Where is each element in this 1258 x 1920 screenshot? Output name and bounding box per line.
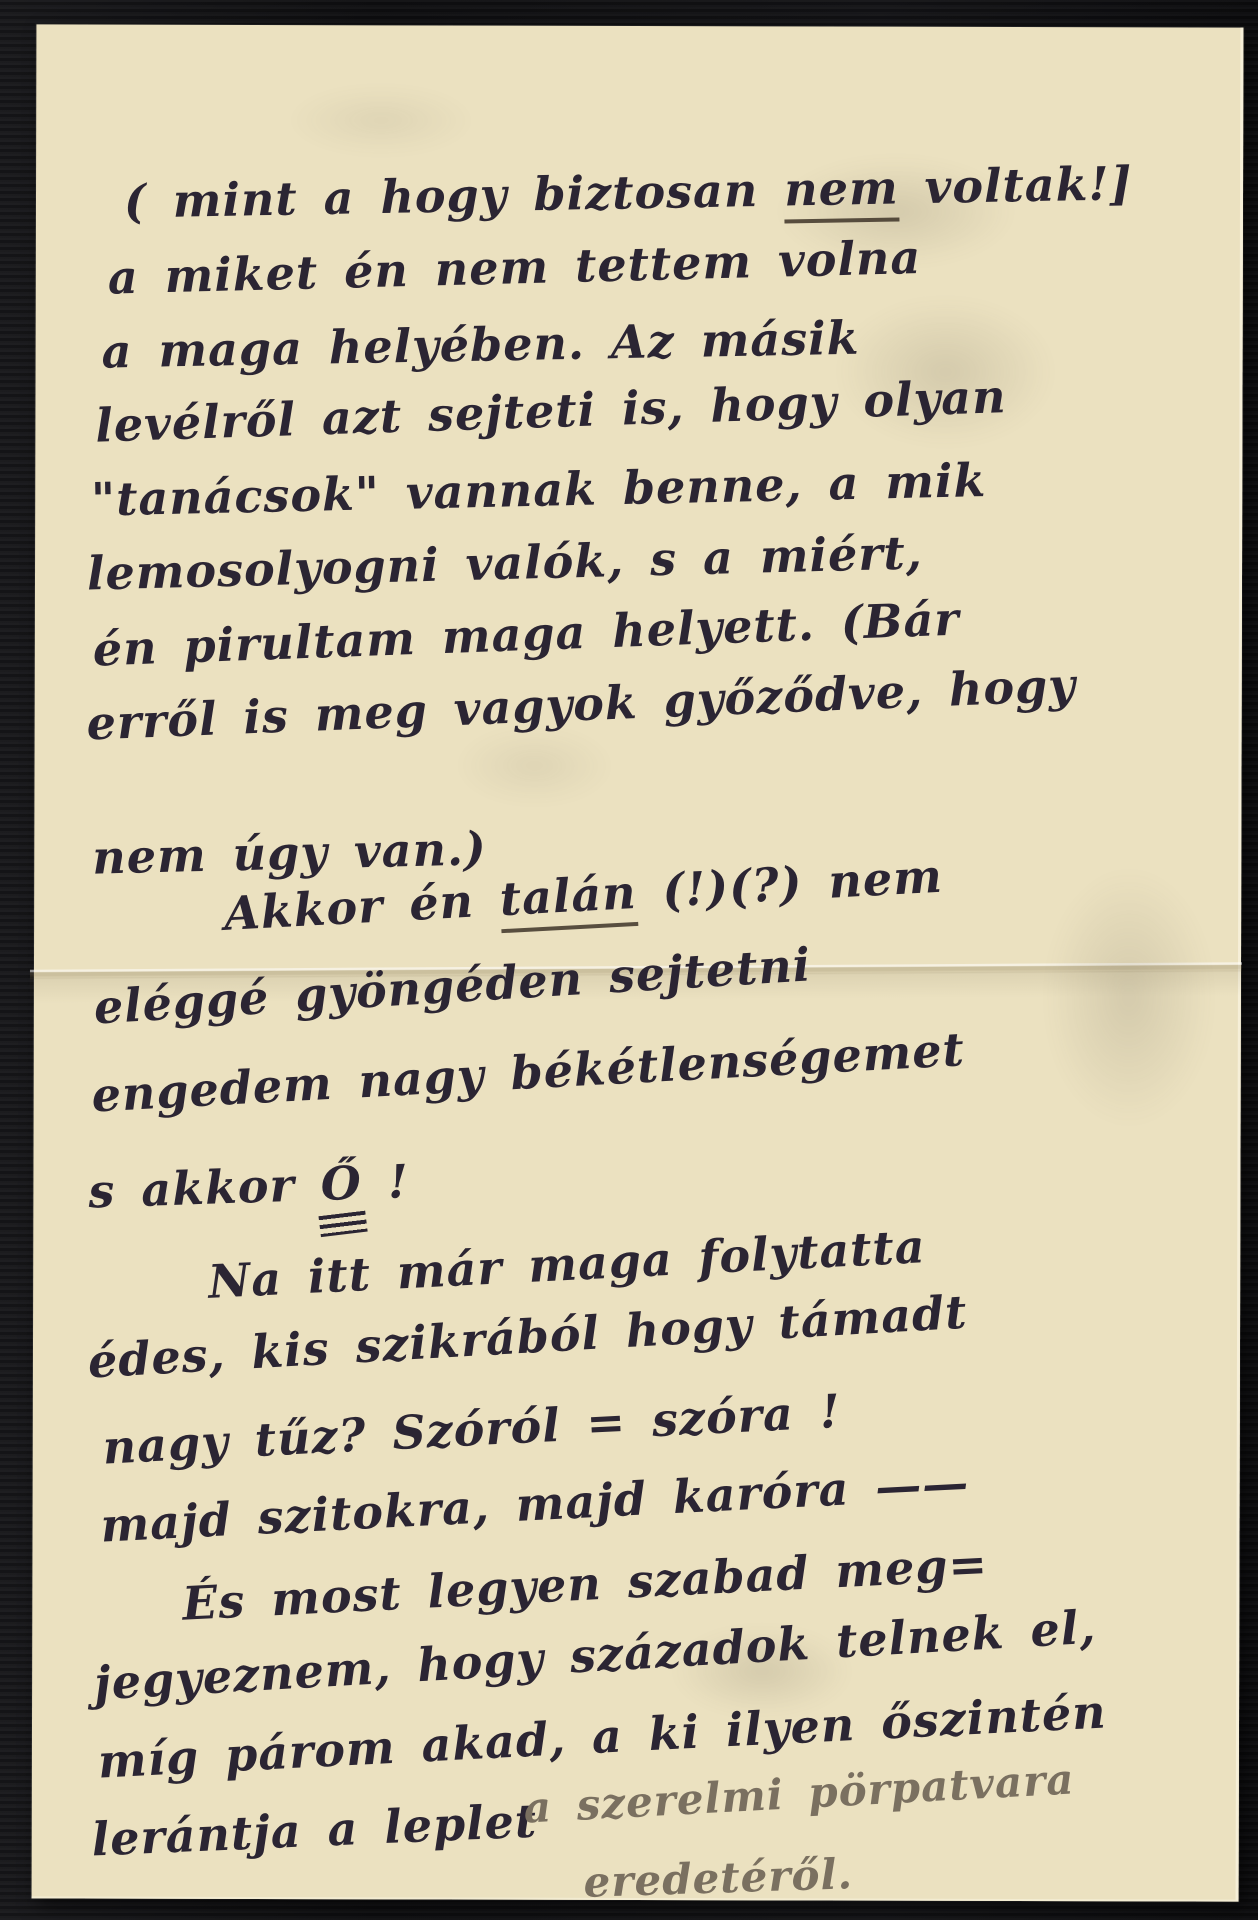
handwritten-line-13: s akkor Ő ! [88,1154,410,1218]
line-text: (!)(?) nem [635,849,944,919]
ink-smudge [1044,867,1215,1127]
handwritten-line-23-faint: eredetéről. [583,1849,854,1907]
ink-smudge [454,726,614,806]
handwritten-line-7: én pirultam maga helyett. (Bár [92,592,961,677]
line-text: Akkor én [223,872,502,941]
underlined-word: talán [498,865,638,933]
line-text: "tanácsok" vannak benne, a mik [91,453,987,527]
handwritten-line-11: eléggé gyöngéden sejtetni [92,937,812,1034]
line-text: a szerelmi pörpatvara [522,1754,1075,1832]
handwritten-line-5: "tanácsok" vannak benne, a mik [91,453,987,527]
handwritten-line-12: engedem nagy békétlenségemet [90,1022,966,1122]
line-text: majd szitokra, majd karóra —— [99,1455,970,1552]
line-text: eredetéről. [583,1849,854,1907]
ink-smudge [286,85,476,155]
line-text: eléggé gyöngéden sejtetni [92,937,812,1034]
line-text: a miket én nem tettem volna [107,230,922,305]
handwritten-line-16: nagy tűz? Szóról = szóra ! [101,1384,842,1475]
line-text: a maga helyében. Az másik [101,311,860,379]
handwritten-line-17: majd szitokra, majd karóra —— [99,1455,970,1552]
line-text: ( mint a hogy biztosan [123,163,784,229]
line-text: lemosolyogni valók, s a miért, [86,525,923,600]
line-text: voltak!] [898,156,1133,214]
handwritten-line-4: levélről azt sejteti is, hogy olyan [95,369,1008,452]
handwritten-line-3: a maga helyében. Az másik [101,311,860,379]
line-text: én pirultam maga helyett. (Bár [92,592,961,677]
handwritten-line-22-faint: a szerelmi pörpatvara [522,1754,1075,1832]
handwritten-line-21: lerántja a leplet [91,1794,539,1867]
line-text: nagy tűz? Szóról = szóra ! [101,1384,842,1475]
triple-underlined-word: Ő [320,1156,363,1211]
line-text: engedem nagy békétlenségemet [90,1022,966,1122]
letter-page: ( mint a hogy biztosan nem voltak!] a mi… [32,24,1244,1901]
underlined-word: nem [784,160,899,223]
line-text: ! [361,1154,410,1209]
handwritten-line-6: lemosolyogni valók, s a miért, [86,525,923,600]
handwritten-line-2: a miket én nem tettem volna [107,230,922,305]
line-text: lerántja a leplet [91,1794,539,1867]
line-text: s akkor [88,1157,322,1218]
line-text: levélről azt sejteti is, hogy olyan [95,369,1008,452]
